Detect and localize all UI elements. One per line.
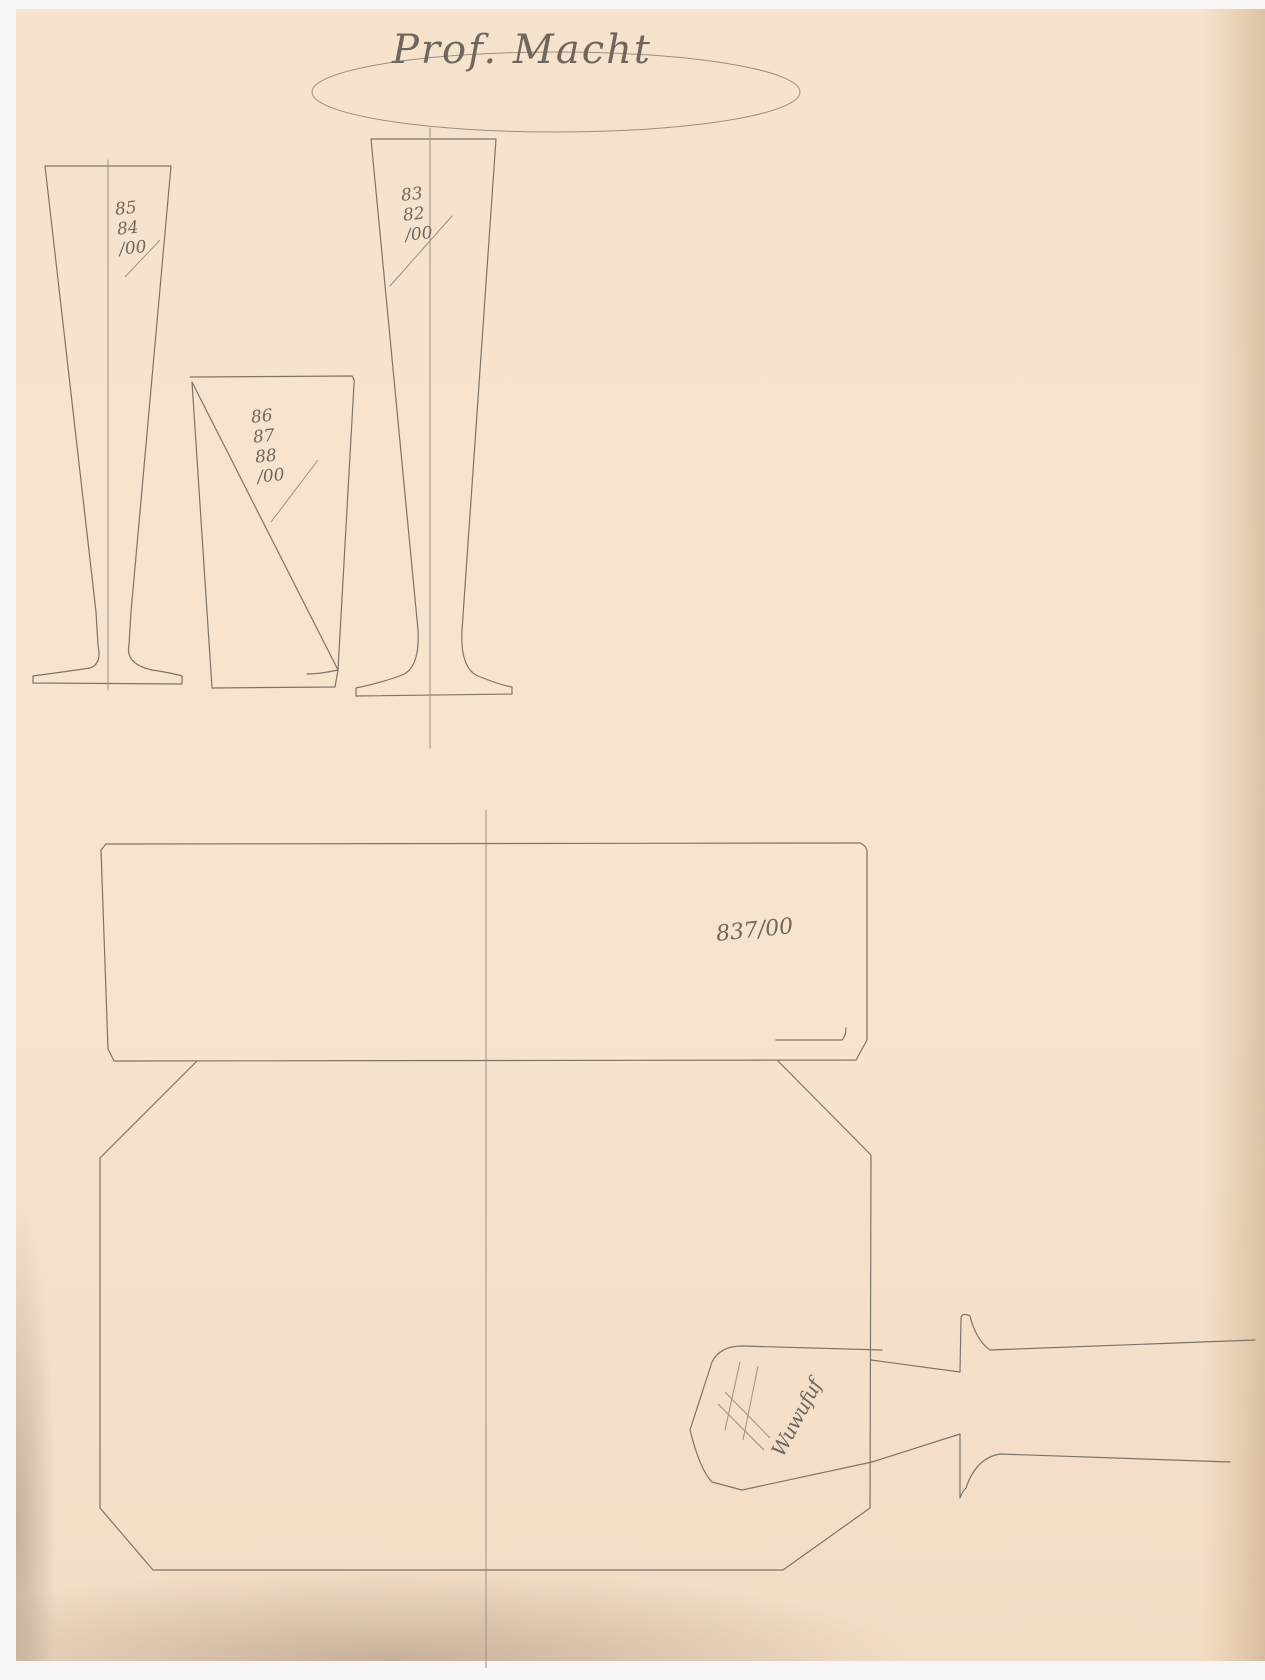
tall-glass-center-outline (356, 128, 512, 748)
pencil-drawing (0, 0, 1265, 1680)
tall-glass-left-outline (33, 160, 182, 690)
hatch-marks (718, 1362, 770, 1450)
heading-prof-macht: Prof. Macht (392, 30, 652, 70)
rectangular-plate-outline (101, 843, 867, 1061)
paddle-shape-outline (690, 1314, 1255, 1498)
